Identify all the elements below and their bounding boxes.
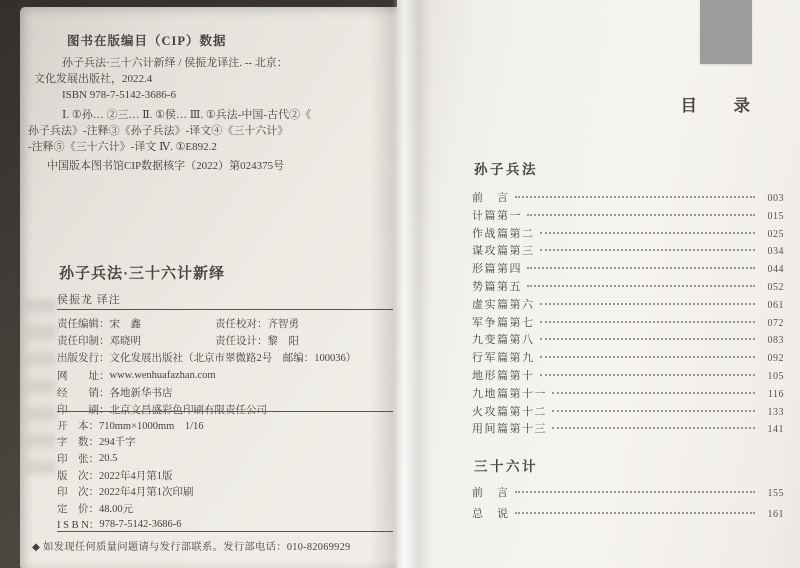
toc-section-heading-sunzi-bingfa: 孙子兵法: [474, 158, 538, 178]
dots-leader: [540, 303, 756, 305]
spec-row: 开 本： 710mm×1000mm 1/16: [57, 417, 393, 434]
spec-row: 字 数： 294千字: [57, 434, 393, 451]
toc-item-label: 总 说: [472, 505, 510, 521]
toc-row: 前 言 003: [472, 189, 784, 207]
toc-page-number: 052: [760, 282, 784, 293]
cip-class-line: Ⅰ. ①孙… ②三… Ⅱ. ①侯… Ⅲ. ①兵法-中国-古代②《: [28, 107, 374, 123]
dots-leader: [527, 267, 755, 269]
toc-title: 目 录: [681, 92, 761, 116]
spec-value: 710mm×1000mm 1/16: [99, 418, 204, 433]
dots-leader: [540, 232, 756, 234]
cip-class-line: -注释⑤《三十六计》-译文 Ⅳ. ①E892.2: [28, 139, 374, 155]
toc-page-number: 141: [760, 424, 784, 435]
toc-list-sunzi-bingfa: 前 言 003 计篇第一 015 作战篇第二 025 谋攻篇第三 034 形篇第…: [472, 189, 784, 438]
colophon-row: 经 销： 各地新华书店: [57, 384, 393, 401]
colophon-label: 责任印制：: [57, 333, 110, 348]
toc-list-sanshiliu-ji: 前 言 155 总 说 161: [472, 484, 784, 525]
spec-label: 开 本：: [57, 418, 99, 433]
toc-page-number: 034: [760, 246, 784, 257]
quality-notice: ◆ 如发现任何质量问题请与发行部联系。发行部电话：010-82069929: [32, 538, 350, 553]
toc-page-number: 025: [760, 229, 784, 240]
toc-row: 地形篇第十 105: [472, 367, 784, 385]
toc-item-label: 用间篇第十三: [472, 420, 547, 436]
cip-record-line: 孙子兵法·三十六计新绎 / 侯振龙译注. -- 北京：: [34, 55, 370, 71]
dots-leader: [515, 491, 756, 493]
cip-record-line: 文化发展出版社，2022.4: [34, 71, 370, 87]
dots-leader: [515, 196, 756, 198]
toc-row: 火攻篇第十二 133: [472, 403, 784, 421]
spec-value: 48.00元: [99, 501, 133, 516]
toc-item-label: 前 言: [472, 189, 510, 205]
ink-bleedthrough: [26, 299, 56, 474]
dots-leader: [540, 321, 756, 323]
colophon-row: 责任编辑： 宋 鑫 责任校对： 齐智勇: [57, 315, 393, 332]
print-specs-block: 开 本： 710mm×1000mm 1/16 字 数： 294千字 印 张： 2…: [57, 417, 393, 533]
cip-header: 图书在版编目（CIP）数据: [67, 31, 227, 49]
toc-page-number: 133: [760, 407, 784, 418]
toc-item-label: 军争篇第七: [472, 314, 535, 330]
toc-page-number: 116: [760, 389, 784, 400]
toc-row: 计篇第一 015: [472, 207, 784, 225]
toc-item-label: 行军篇第九: [472, 349, 535, 365]
colophon-label: 责任编辑：: [57, 316, 110, 331]
toc-item-label: 谋攻篇第三: [472, 242, 535, 258]
toc-page-number: 015: [760, 211, 784, 222]
colophon-label: 出版发行：: [57, 350, 110, 365]
toc-page-number: 061: [760, 300, 784, 311]
spec-row: 版 次： 2022年4月第1版: [57, 467, 393, 484]
spec-row: 印 张： 20.5: [57, 450, 393, 467]
divider-rule: [57, 531, 393, 532]
colophon-label: 经 销：: [57, 385, 110, 400]
toc-item-label: 作战篇第二: [472, 225, 535, 241]
toc-row: 作战篇第二 025: [472, 225, 784, 243]
colophon-value: 齐智勇: [268, 316, 300, 331]
spec-label: 印 张：: [57, 451, 99, 466]
toc-row: 前 言 155: [472, 484, 784, 505]
spec-value: 20.5: [99, 453, 117, 464]
toc-row: 九变篇第八 083: [472, 331, 784, 349]
toc-item-label: 九地篇第十一: [472, 385, 547, 401]
toc-page-number: 155: [760, 488, 784, 499]
cip-registration-number: 中国版本图书馆CIP数据核字（2022）第024375号: [47, 157, 284, 173]
colophon-block: 责任编辑： 宋 鑫 责任校对： 齐智勇 责任印制： 邓晓明 责任设计： 黎 阳: [57, 315, 393, 418]
colophon-label: 网 址：: [57, 368, 110, 383]
toc-section-heading-sanshiliu-ji: 三十六计: [474, 455, 538, 475]
colophon-cell: 责任编辑： 宋 鑫: [57, 316, 215, 331]
toc-item-label: 势篇第五: [472, 278, 522, 294]
divider-rule: [57, 411, 393, 412]
toc-item-label: 虚实篇第六: [472, 296, 535, 312]
toc-item-label: 九变篇第八: [472, 331, 535, 347]
toc-item-label: 火攻篇第十二: [472, 403, 547, 419]
cip-class-line: 孙子兵法》-注释③《孙子兵法》-译文④《三十六计》: [28, 123, 374, 139]
dots-leader: [552, 410, 755, 412]
toc-page-number: 044: [760, 264, 784, 275]
open-book-photo: 图书在版编目（CIP）数据 孙子兵法·三十六计新绎 / 侯振龙译注. -- 北京…: [0, 0, 800, 568]
toc-item-label: 形篇第四: [472, 260, 522, 276]
book-title: 孙子兵法·三十六计新绎: [59, 262, 225, 283]
spec-label: 字 数：: [57, 434, 99, 449]
colophon-value: 文化发展出版社（北京市翠微路2号 邮编：100036）: [110, 350, 357, 365]
toc-row: 势篇第五 052: [472, 278, 784, 296]
spec-label: 版 次：: [57, 468, 99, 483]
dots-leader: [540, 374, 756, 376]
gray-bookmark-tab: [700, 0, 752, 64]
toc-page-number: 092: [760, 353, 784, 364]
dots-leader: [540, 356, 756, 358]
divider-rule: [57, 309, 393, 310]
colophon-row: 网 址： www.wenhuafazhan.com: [57, 367, 393, 384]
toc-row: 谋攻篇第三 034: [472, 242, 784, 260]
dots-leader: [527, 214, 755, 216]
dots-leader: [540, 338, 756, 340]
dots-leader: [552, 427, 755, 429]
toc-page-number: 105: [760, 371, 784, 382]
spec-row: 定 价： 48.00元: [57, 500, 393, 517]
toc-item-label: 地形篇第十: [472, 367, 535, 383]
toc-row: 形篇第四 044: [472, 260, 784, 278]
toc-page-number: 072: [760, 318, 784, 329]
colophon-value: 北京文昌盛彩色印刷有限责任公司: [110, 402, 268, 417]
dots-leader: [552, 392, 755, 394]
colophon-row: 责任印制： 邓晓明 责任设计： 黎 阳: [57, 332, 393, 349]
publisher-website: www.wenhuafazhan.com: [110, 370, 216, 381]
toc-row: 虚实篇第六 061: [472, 296, 784, 314]
cip-record-block: 孙子兵法·三十六计新绎 / 侯振龙译注. -- 北京： 文化发展出版社，2022…: [34, 55, 370, 103]
colophon-value: 黎 阳: [268, 333, 300, 348]
cip-classification-block: Ⅰ. ①孙… ②三… Ⅱ. ①侯… Ⅲ. ①兵法-中国-古代②《 孙子兵法》-注…: [28, 107, 374, 155]
dots-leader: [527, 285, 755, 287]
toc-page-number: 083: [760, 335, 784, 346]
spec-value: 2022年4月第1版: [99, 468, 173, 483]
spec-row: 印 次： 2022年4月第1次印刷: [57, 483, 393, 500]
dots-leader: [515, 512, 756, 514]
toc-row: 总 说 161: [472, 505, 784, 526]
colophon-row: 印 刷： 北京文昌盛彩色印刷有限责任公司: [57, 401, 393, 418]
colophon-cell: 责任校对： 齐智勇: [215, 316, 373, 331]
colophon-cell: 责任设计： 黎 阳: [215, 333, 373, 348]
colophon-cell: 责任印制： 邓晓明: [57, 333, 215, 348]
colophon-value: 宋 鑫: [110, 316, 142, 331]
colophon-label: 责任校对：: [215, 316, 268, 331]
toc-item-label: 前 言: [472, 484, 510, 500]
copyright-page: 图书在版编目（CIP）数据 孙子兵法·三十六计新绎 / 侯振龙译注. -- 北京…: [20, 7, 397, 568]
toc-row: 行军篇第九 092: [472, 349, 784, 367]
colophon-row: 出版发行： 文化发展出版社（北京市翠微路2号 邮编：100036）: [57, 349, 393, 366]
isbn-value: 978-7-5142-3686-6: [99, 519, 181, 530]
colophon-label: 责任设计：: [215, 333, 268, 348]
spec-value: 2022年4月第1次印刷: [99, 484, 194, 499]
colophon-value: 邓晓明: [110, 333, 142, 348]
colophon-value: 各地新华书店: [110, 385, 173, 400]
author-line: 侯振龙 译注: [57, 291, 121, 307]
toc-row: 用间篇第十三 141: [472, 420, 784, 438]
spec-label: 印 次：: [57, 484, 99, 499]
spec-label: 定 价：: [57, 501, 99, 516]
toc-row: 军争篇第七 072: [472, 314, 784, 332]
toc-page-number: 003: [760, 193, 784, 204]
spec-value: 294千字: [99, 434, 136, 449]
toc-page: 目 录 孙子兵法 前 言 003 计篇第一 015 作战篇第二 025 谋攻篇第…: [397, 0, 800, 568]
dots-leader: [540, 249, 756, 251]
toc-item-label: 计篇第一: [472, 207, 522, 223]
toc-row: 九地篇第十一 116: [472, 385, 784, 403]
colophon-label: 印 刷：: [57, 402, 110, 417]
toc-page-number: 161: [760, 509, 784, 520]
cip-record-line: ISBN 978-7-5142-3686-6: [34, 87, 370, 103]
